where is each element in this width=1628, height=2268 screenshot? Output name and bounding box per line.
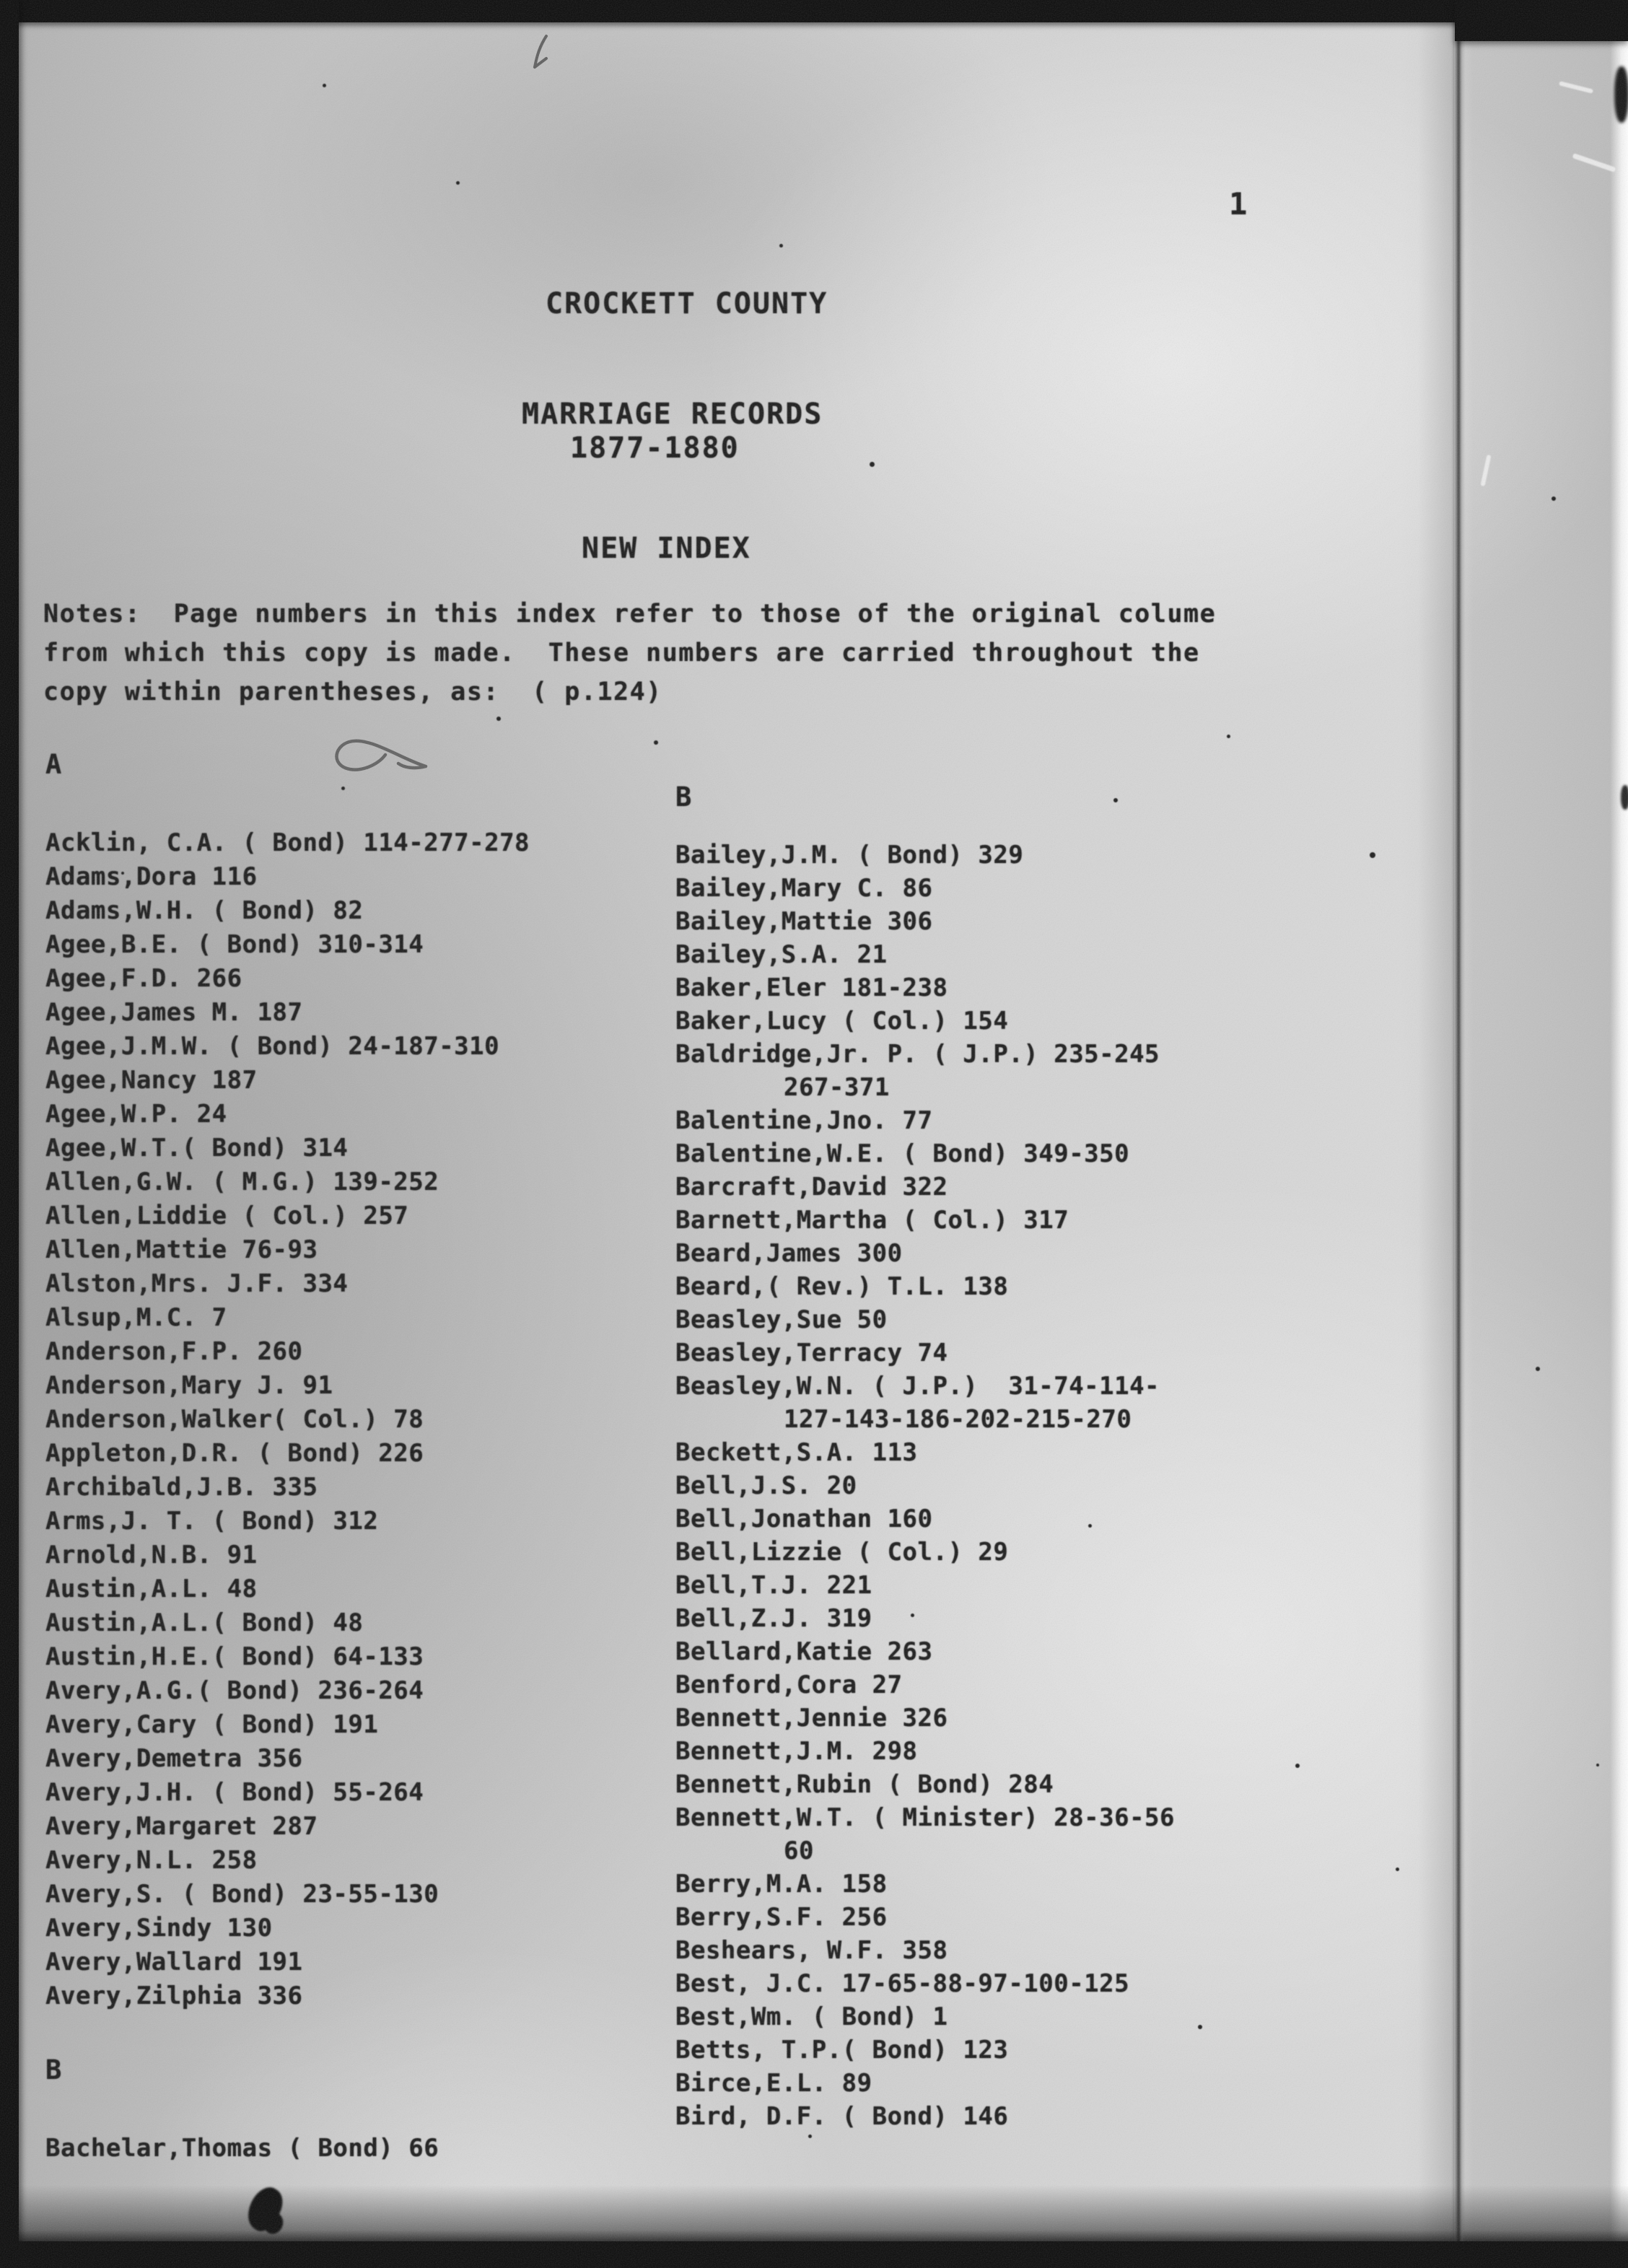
edge-ink-mark bbox=[1621, 785, 1628, 810]
dust-speck bbox=[1295, 1764, 1300, 1768]
scanned-document-page: 1 CROCKETT COUNTY MARRIAGE RECORDS 1877-… bbox=[0, 0, 1628, 2268]
dust-speck bbox=[1227, 735, 1230, 738]
scan-border-left bbox=[0, 0, 19, 2268]
dust-speck bbox=[341, 787, 345, 790]
pencil-squiggle bbox=[337, 741, 426, 770]
dust-speck bbox=[1113, 798, 1118, 802]
dust-speck bbox=[496, 717, 501, 721]
edge-ink-mark bbox=[1614, 66, 1628, 123]
scan-border-top-right bbox=[1455, 0, 1628, 41]
dust-speck bbox=[121, 872, 124, 875]
dust-speck bbox=[1088, 1524, 1092, 1528]
scan-border-top bbox=[0, 0, 1628, 22]
dust-speck bbox=[1396, 1868, 1399, 1871]
dust-speck bbox=[456, 181, 460, 185]
dust-speck bbox=[323, 84, 326, 87]
dust-speck bbox=[779, 244, 783, 248]
pencil-check-mark bbox=[535, 36, 546, 67]
dust-speck bbox=[870, 462, 875, 467]
dust-speck bbox=[1536, 1367, 1540, 1371]
dust-speck bbox=[654, 740, 658, 745]
dust-speck bbox=[1370, 852, 1375, 858]
dust-speck bbox=[1596, 1764, 1599, 1766]
dust-speck bbox=[1198, 2025, 1202, 2029]
dust-speck bbox=[1552, 496, 1556, 501]
dust-speck bbox=[911, 1614, 914, 1617]
pencil-marks-layer bbox=[0, 0, 1628, 2268]
scan-border-bottom bbox=[0, 2241, 1628, 2268]
dust-speck bbox=[808, 2135, 812, 2138]
